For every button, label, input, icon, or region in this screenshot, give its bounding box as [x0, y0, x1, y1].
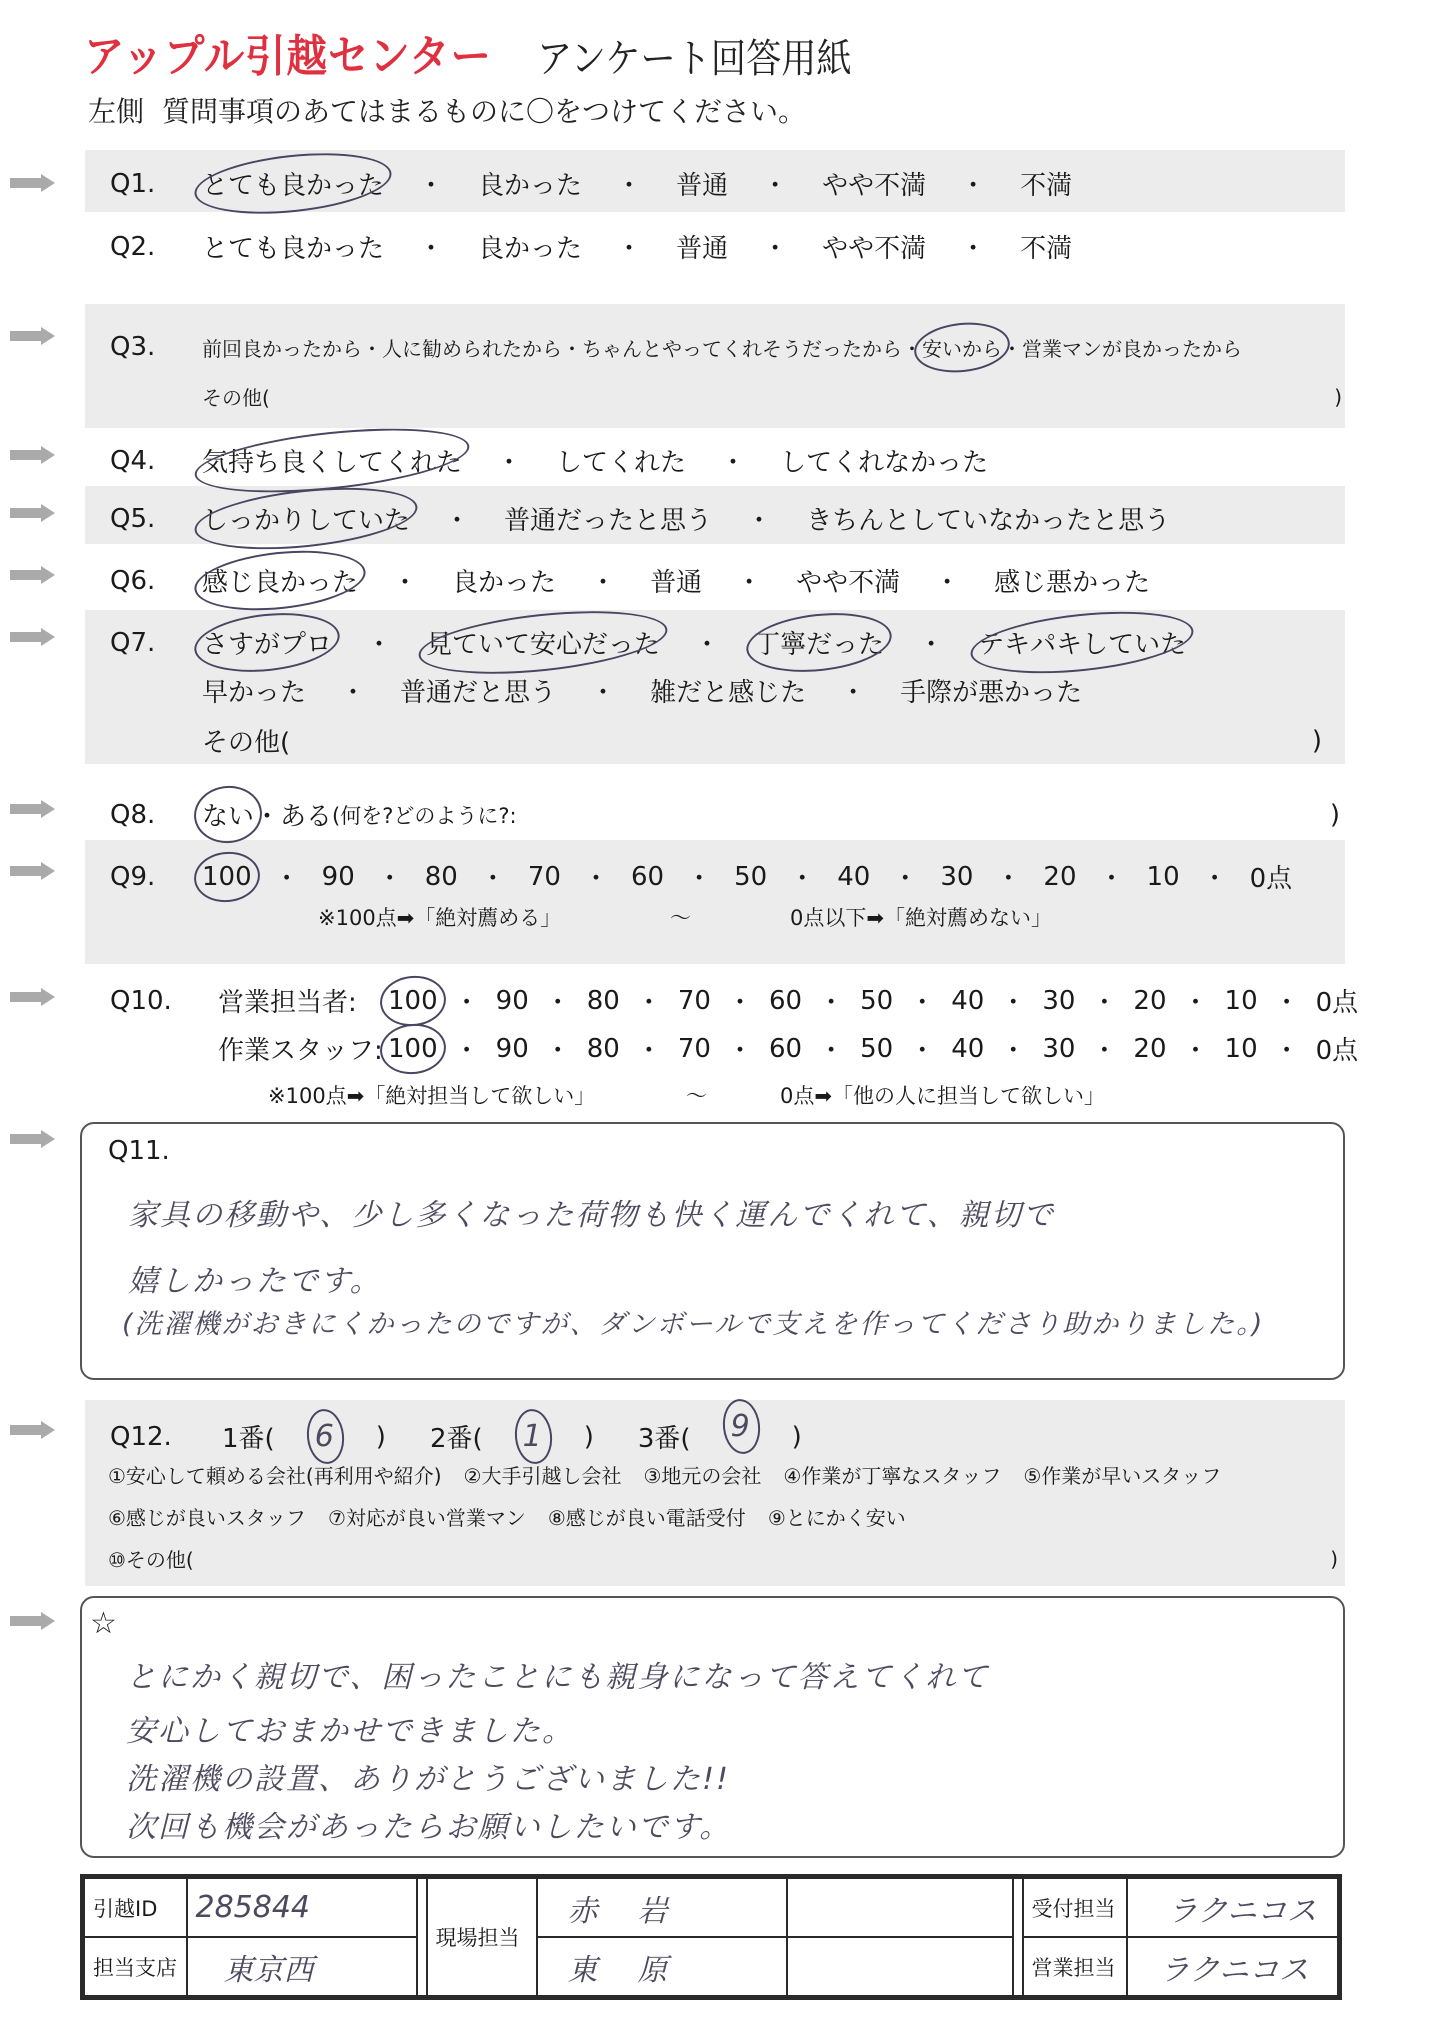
option[interactable]: 見ていて安心だった [426, 624, 660, 661]
rank-close: ) [376, 1422, 386, 1452]
instruction-text: 質問事項のあてはまるものに〇をつけてください。 [162, 95, 806, 128]
score-option[interactable]: 70 [528, 862, 561, 892]
q10-note-right: 0点➡「他の人に担当して欲しい」 [780, 1080, 1105, 1110]
choice: ⑤作業が早いスタッフ [1023, 1460, 1221, 1489]
choice: ⑥感じが良いスタッフ [108, 1502, 306, 1531]
rank1-value[interactable]: 6 [315, 1419, 336, 1454]
option[interactable]: 手際が悪かった [900, 672, 1082, 709]
option[interactable]: 不満 [1020, 165, 1072, 202]
instructions: 左側質問事項のあてはまるものに〇をつけてください。 [88, 90, 806, 130]
q7-other: その他( ) [202, 722, 1322, 759]
score-option[interactable]: 20 [1043, 862, 1076, 892]
rank3-value[interactable]: 9 [731, 1409, 752, 1444]
score-option[interactable]: 90 [322, 862, 355, 892]
rank2-label: 2番( [430, 1418, 483, 1455]
score-option[interactable]: 100 [388, 986, 438, 1016]
option[interactable]: 感じ悪かった [994, 562, 1150, 599]
option[interactable]: ない [202, 796, 254, 833]
question-q5: Q5. しっかりしていた・ 普通だったと思う・ きちんとしていなかったと思う [110, 500, 1170, 537]
move-id-label: 引越ID [83, 1877, 187, 1938]
rank2-value[interactable]: 1 [523, 1419, 544, 1454]
sales-value[interactable]: ラクニコス [1127, 1937, 1340, 1998]
site-staff-2[interactable]: 東原 [537, 1937, 787, 1998]
option[interactable]: 前回良かったから [202, 333, 362, 362]
score-option[interactable]: 10 [1147, 862, 1180, 892]
score-option[interactable]: 10 [1225, 986, 1258, 1016]
option[interactable]: 普通だと思う [400, 672, 556, 709]
choice: ⑨とにかく安い [768, 1502, 906, 1531]
option[interactable]: とても良かった [202, 165, 384, 202]
arrow-icon [10, 862, 56, 880]
question-q6: Q6. 感じ良かった・ 良かった・ 普通・ やや不満・ 感じ悪かった [110, 562, 1150, 599]
q3-other: その他( ) [202, 382, 1342, 411]
question-label: Q11. [108, 1136, 170, 1166]
star-icon: ☆ [90, 1606, 117, 1641]
sales-label: 営業担当者: [218, 982, 388, 1019]
option[interactable]: とても良かった [202, 228, 384, 265]
score-option[interactable]: 30 [1042, 1034, 1075, 1064]
rank1-label: 1番( [222, 1418, 275, 1455]
option[interactable]: しっかりしていた [202, 500, 410, 537]
handwritten-answer-line: (洗濯機がおきにくかったのですが、ダンボールで支えを作ってくださり助かりました。… [122, 1302, 1264, 1341]
score-option[interactable]: 50 [734, 862, 767, 892]
score-option[interactable]: 20 [1133, 1034, 1166, 1064]
option[interactable]: 普通 [650, 562, 702, 599]
score-option[interactable]: 90 [496, 986, 529, 1016]
question-q2: Q2. とても良かった・ 良かった・ 普通・ やや不満・ 不満 [110, 228, 1072, 265]
score-option[interactable]: 60 [631, 862, 664, 892]
score-option[interactable]: 80 [587, 986, 620, 1016]
option[interactable]: 気持ち良くしてくれた [202, 442, 462, 479]
reception-label: 受付担当 [1023, 1877, 1127, 1938]
question-label: Q1. [110, 169, 202, 199]
q10-note-tilde: 〜 [686, 1080, 707, 1110]
option[interactable]: きちんとしていなかったと思う [806, 500, 1170, 537]
option[interactable]: ある [280, 796, 332, 833]
question-q7-row2: 早かった・ 普通だと思う・ 雑だと感じた・ 手際が悪かった [202, 672, 1082, 709]
arrow-icon [10, 800, 56, 818]
arrow-icon [10, 988, 56, 1006]
q9-note-left: ※100点➡「絶対薦める」 [318, 902, 561, 932]
score-option[interactable]: 40 [951, 1034, 984, 1064]
site-staff-extra-2[interactable] [787, 1937, 1013, 1998]
handwritten-answer-line: 家具の移動や、少し多くなった荷物も快く運んでくれて、親切で [128, 1190, 1055, 1234]
option[interactable]: 早かった [202, 672, 306, 709]
score-option[interactable]: 60 [769, 1034, 802, 1064]
arrow-icon [10, 1612, 56, 1630]
option[interactable]: 感じ良かった [202, 562, 358, 599]
choice: ④作業が丁寧なスタッフ [783, 1460, 1001, 1489]
arrow-icon [10, 1130, 56, 1148]
choice: ⑦対応が良い営業マン [328, 1502, 526, 1531]
score-option[interactable]: 60 [769, 986, 802, 1016]
option[interactable]: 普通 [676, 228, 728, 265]
question-label: Q8. [110, 800, 202, 830]
arrow-icon [10, 628, 56, 646]
option[interactable]: やや不満 [796, 562, 900, 599]
option[interactable]: 安いから [922, 333, 1002, 362]
other-label: ⑩その他( [108, 1544, 194, 1573]
score-option[interactable]: 50 [860, 986, 893, 1016]
site-staff-extra-1[interactable] [787, 1877, 1013, 1938]
question-q9: Q9. 100・ 90・ 80・ 70・ 60・ 50・ 40・ 30・ 20・… [110, 858, 1292, 895]
branch-value[interactable]: 東京西 [187, 1937, 417, 1998]
q9-note-right: 0点以下➡「絶対薦めない」 [790, 902, 1052, 932]
score-option[interactable]: 100 [202, 862, 252, 892]
instruction-side: 左側 [88, 95, 144, 128]
score-option[interactable]: 20 [1133, 986, 1166, 1016]
other-close: ) [1312, 726, 1322, 756]
question-q10-staff: 作業スタッフ: 100・ 90・ 80・ 70・ 60・ 50・ 40・ 30・… [218, 1030, 1358, 1067]
option[interactable]: やや不満 [822, 228, 926, 265]
choice: ②大手引越し会社 [464, 1460, 622, 1489]
score-option[interactable]: 80 [425, 862, 458, 892]
arrow-icon [10, 1421, 56, 1439]
option[interactable]: 普通だったと思う [504, 500, 712, 537]
q11-answer-box[interactable]: Q11. 家具の移動や、少し多くなった荷物も快く運んでくれて、親切で 嬉しかった… [80, 1122, 1345, 1380]
question-label: Q6. [110, 566, 202, 596]
score-option[interactable]: 30 [1042, 986, 1075, 1016]
move-id-value[interactable]: 285844 [187, 1877, 417, 1938]
score-option[interactable]: 90 [496, 1034, 529, 1064]
branch-label: 担当支店 [83, 1937, 187, 1998]
score-option[interactable]: 0点 [1316, 1030, 1359, 1067]
arrow-icon [10, 504, 56, 522]
option[interactable]: 普通 [676, 165, 728, 202]
detail-label: (何を?どのように?: [332, 800, 517, 830]
handwritten-comment-line: 次回も機会があったらお願いしたいです。 [126, 1802, 731, 1846]
question-q3: Q3. 前回良かったから・ 人に勧められたから・ ちゃんとやってくれそうだったか… [110, 332, 1242, 362]
handwritten-comment-line: とにかく親切で、困ったことにも親身になって答えてくれて [126, 1652, 989, 1696]
other-label: その他( [202, 722, 290, 759]
comment-box[interactable]: ☆ とにかく親切で、困ったことにも親身になって答えてくれて 安心しておまかせでき… [80, 1596, 1345, 1858]
score-option[interactable]: 40 [837, 862, 870, 892]
form-header: アップル引越センター アンケート回答用紙 [84, 24, 895, 84]
other-close: ) [1334, 385, 1342, 409]
score-option[interactable]: 100 [388, 1034, 438, 1064]
q12-choices-row1: ①安心して頼める会社(再利用や紹介)②大手引越し会社③地元の会社④作業が丁寧なス… [108, 1460, 1221, 1489]
score-option[interactable]: 50 [860, 1034, 893, 1064]
question-label: Q2. [110, 232, 202, 262]
question-label: Q12. [110, 1422, 222, 1452]
question-label: Q9. [110, 862, 202, 892]
option[interactable]: 良かった [478, 228, 582, 265]
sales-label: 営業担当 [1023, 1937, 1127, 1998]
score-option[interactable]: 10 [1225, 1034, 1258, 1064]
score-option[interactable]: 70 [678, 986, 711, 1016]
option[interactable]: 不満 [1020, 228, 1072, 265]
arrow-icon [10, 327, 56, 345]
rank-close: ) [792, 1422, 802, 1452]
handwritten-answer-line: 嬉しかったです。 [128, 1256, 382, 1300]
other-close: ) [1330, 1547, 1338, 1571]
other-label: その他( [202, 382, 270, 411]
arrow-icon [10, 174, 56, 192]
question-label: Q5. [110, 504, 202, 534]
rank3-label: 3番( [638, 1418, 691, 1455]
question-q10-sales: Q10. 営業担当者: 100・ 90・ 80・ 70・ 60・ 50・ 40・… [110, 982, 1358, 1019]
question-label: Q4. [110, 446, 202, 476]
option[interactable]: 良かった [452, 562, 556, 599]
question-q1: Q1. とても良かった・ 良かった・ 普通・ やや不満・ 不満 [110, 165, 1072, 202]
staff-label: 作業スタッフ: [218, 1030, 388, 1067]
q12-other: ⑩その他( ) [108, 1544, 1338, 1573]
question-q4: Q4. 気持ち良くしてくれた・ してくれた・ してくれなかった [110, 442, 988, 479]
site-staff-1[interactable]: 赤岩 [537, 1877, 787, 1938]
handwritten-comment-line: 洗濯機の設置、ありがとうございました!! [126, 1754, 730, 1798]
option[interactable]: 人に勧められたから [382, 333, 562, 362]
option[interactable]: やや不満 [822, 165, 926, 202]
option[interactable]: テキパキしていた [978, 624, 1186, 661]
site-staff-label: 現場担当 [427, 1877, 537, 1998]
option[interactable]: してくれた [556, 442, 686, 479]
form-title: アンケート回答用紙 [537, 27, 852, 84]
question-label: Q7. [110, 628, 202, 658]
brand-name: アップル引越センター [84, 20, 492, 84]
option[interactable]: してくれなかった [780, 442, 988, 479]
detail-close: ) [1330, 800, 1340, 830]
q10-note-left: ※100点➡「絶対担当して欲しい」 [268, 1080, 595, 1110]
question-q12-ranks: Q12. 1番( 6 ) 2番( 1 ) 3番( 9 ) [110, 1418, 802, 1455]
choice: ①安心して頼める会社(再利用や紹介) [108, 1460, 442, 1489]
option[interactable]: さすがプロ [202, 624, 332, 661]
staff-info-table: 引越ID 285844 現場担当 赤岩 受付担当 ラクニコス 担当支店 東京西 … [80, 1874, 1342, 2000]
score-option[interactable]: 40 [951, 986, 984, 1016]
q9-note-tilde: 〜 [670, 902, 691, 932]
handwritten-comment-line: 安心しておまかせできました。 [126, 1706, 574, 1750]
question-label: Q10. [110, 986, 218, 1016]
score-option[interactable]: 30 [940, 862, 973, 892]
option[interactable]: 丁寧だった [754, 624, 884, 661]
score-option[interactable]: 80 [587, 1034, 620, 1064]
score-option[interactable]: 0点 [1316, 982, 1359, 1019]
option[interactable]: 営業マンが良かったから [1022, 333, 1242, 362]
score-option[interactable]: 70 [678, 1034, 711, 1064]
question-q7: Q7. さすがプロ・ 見ていて安心だった・ 丁寧だった・ テキパキしていた [110, 624, 1186, 661]
option[interactable]: 雑だと感じた [650, 672, 806, 709]
score-option[interactable]: 0点 [1250, 858, 1293, 895]
rank-close: ) [584, 1422, 594, 1452]
choice: ⑧感じが良い電話受付 [548, 1502, 746, 1531]
arrow-icon [10, 446, 56, 464]
option[interactable]: 良かった [478, 165, 582, 202]
question-label: Q3. [110, 332, 202, 362]
choice: ③地元の会社 [643, 1460, 761, 1489]
question-q8: Q8. ない・ ある (何を?どのように?: ) [110, 796, 1340, 833]
reception-value[interactable]: ラクニコス [1127, 1877, 1340, 1938]
arrow-icon [10, 566, 56, 584]
option[interactable]: ちゃんとやってくれそうだったから [582, 333, 902, 362]
q12-choices-row2: ⑥感じが良いスタッフ⑦対応が良い営業マン⑧感じが良い電話受付⑨とにかく安い [108, 1502, 906, 1531]
